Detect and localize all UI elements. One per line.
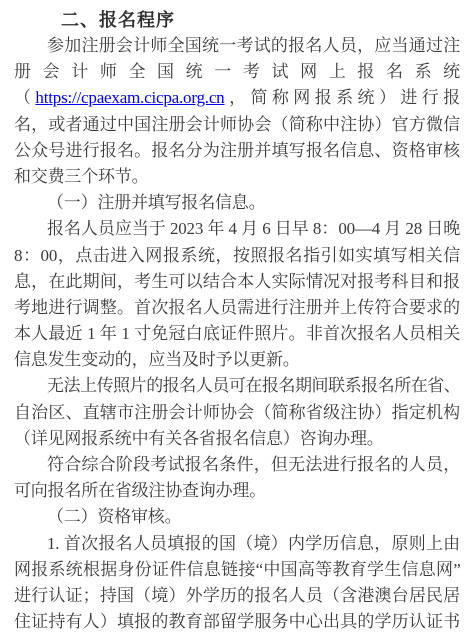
document-page: 二、报名程序 参加注册会计师全国统一考试的报名人员，应当通过注 册 会 计 师 … bbox=[0, 0, 474, 639]
doc-line: 进行认证；持国（境）外学历的报名人员（含港澳台居民居 bbox=[14, 583, 460, 609]
doc-line: 参加注册会计师全国统一考试的报名人员，应当通过注 bbox=[14, 33, 460, 59]
doc-line: 名，或者通过中国注册会计师协会（简称中注协）官方微信 bbox=[14, 112, 460, 138]
link-open-paren: （ bbox=[14, 88, 35, 107]
doc-line-subheading: （二）资格审核。 bbox=[14, 504, 460, 530]
doc-line-subheading: （一）注册并填写报名信息。 bbox=[14, 190, 460, 216]
doc-line: 1. 首次报名人员填报的国（境）内学历信息，原则上由 bbox=[14, 531, 460, 557]
doc-line: （详见网报系统中有关各省报名信息）咨询办理。 bbox=[14, 426, 460, 452]
doc-line: 无法上传照片的报名人员可在报名期间联系报名所在省、 bbox=[14, 373, 460, 399]
doc-line: 信息发生变动的，应当及时予以更新。 bbox=[14, 347, 460, 373]
doc-line: 册 会 计 师 全 国 统 一 考 试 网 上 报 名 系 统 bbox=[14, 59, 460, 85]
link-line-tail: ，简称网报系统）进行报 bbox=[224, 88, 460, 107]
doc-line: 符合综合阶段考试报名条件，但无法进行报名的人员， bbox=[14, 452, 460, 478]
doc-line: 和交费三个环节。 bbox=[14, 164, 460, 190]
doc-line: 住证持有人）填报的教育部留学服务中心出具的学历认证书 bbox=[14, 609, 460, 635]
doc-line: 息，在此期间，考生可以结合本人实际情况对报考科目和报 bbox=[14, 269, 460, 295]
doc-line: 网报系统根据身份证件信息链接“中国高等教育学生信息网” bbox=[14, 557, 460, 583]
doc-line-with-link: （https://cpaexam.cicpa.org.cn，简称网报系统）进行报 bbox=[14, 85, 460, 111]
doc-line: 可向报名所在省级注协查询办理。 bbox=[14, 478, 460, 504]
cpaexam-url-link[interactable]: https://cpaexam.cicpa.org.cn bbox=[35, 88, 224, 107]
section-heading: 二、报名程序 bbox=[61, 8, 460, 33]
doc-line: 考地进行调整。首次报名人员需进行注册并上传符合要求的 bbox=[14, 295, 460, 321]
doc-line: 8：00，点击进入网报系统，按照报名指引如实填写相关信 bbox=[14, 243, 460, 269]
doc-line: 自治区、直辖市注册会计师协会（简称省级注协）指定机构 bbox=[14, 400, 460, 426]
doc-line: 报名人员应当于 2023 年 4 月 6 日早 8：00—4 月 28 日晚 bbox=[14, 216, 460, 242]
doc-line: 本人最近 1 年 1 寸免冠白底证件照片。非首次报名人员相关 bbox=[14, 321, 460, 347]
doc-line: 公众号进行报名。报名分为注册并填写报名信息、资格审核 bbox=[14, 138, 460, 164]
